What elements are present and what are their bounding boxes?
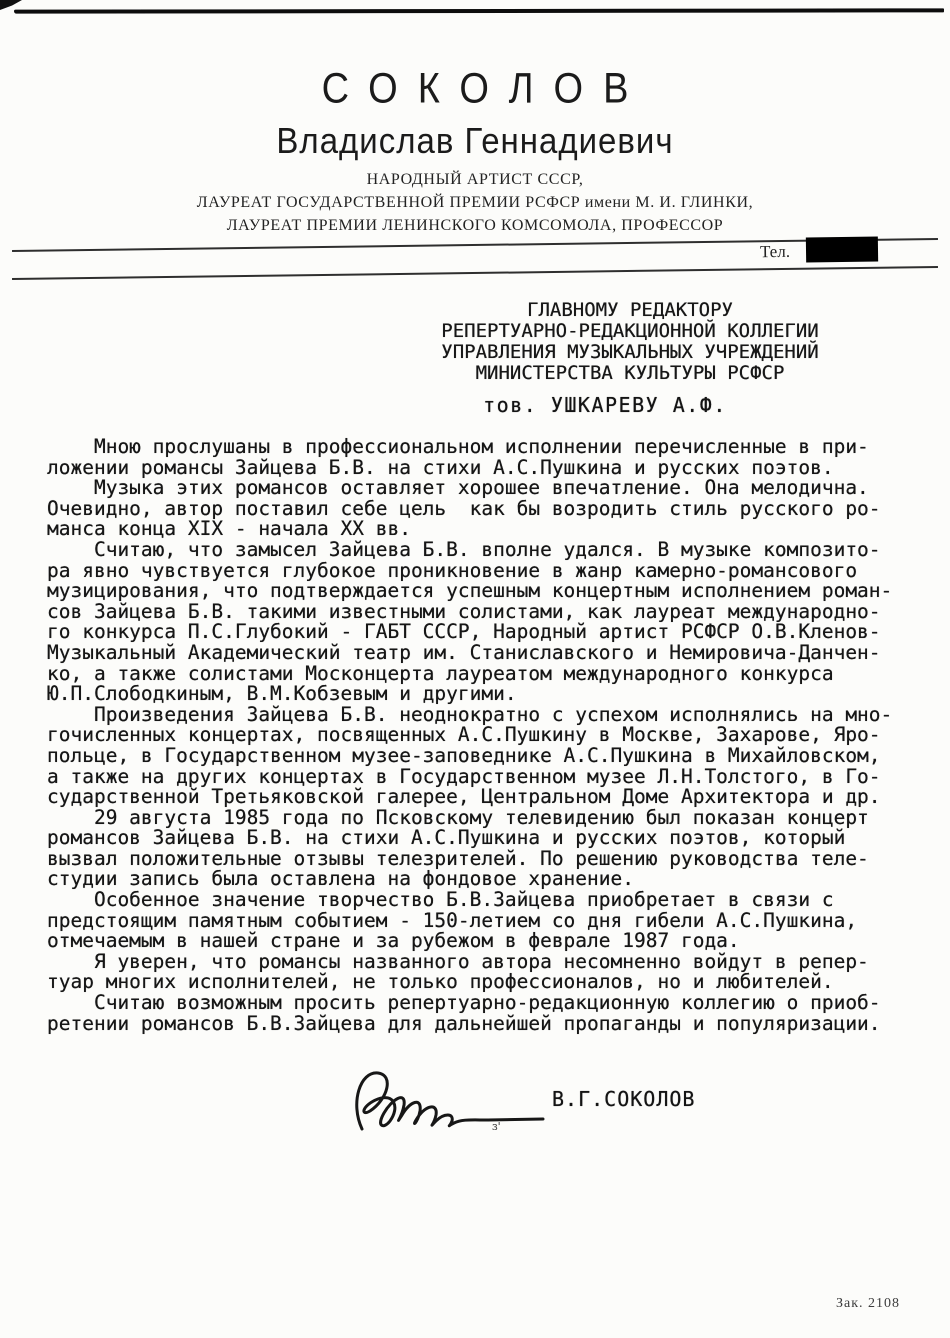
salutation: тов. УШКАРЕВУ А.Ф. [305,393,905,417]
letterhead-surname: СОКОЛОВ [0,65,950,113]
letter-body: Мною прослушаны в профессиональном испол… [47,437,939,1034]
addressee-line: РЕПЕРТУАРНО-РЕДАКЦИОННОЙ КОЛЛЕГИИ [330,321,930,342]
stray-pen-mark: ɜ' [492,1120,501,1133]
letterhead-title-line: НАРОДНЫЙ АРТИСТ СССР, [0,168,950,191]
letterhead-title-line: ЛАУРЕАТ ПРЕМИИ ЛЕНИНСКОГО КОМСОМОЛА, ПРО… [0,214,950,237]
addressee-line: УПРАВЛЕНИЯ МУЗЫКАЛЬНЫХ УЧРЕЖДЕНИЙ [330,342,930,363]
letterhead-title-line: ЛАУРЕАТ ГОСУДАРСТВЕННОЙ ПРЕМИИ РСФСР име… [0,191,950,214]
print-order-code: Зак. 2108 [836,1296,900,1312]
addressee-block: ГЛАВНОМУ РЕДАКТОРУРЕПЕРТУАРНО-РЕДАКЦИОНН… [330,300,930,384]
phone-label: Тел. [760,242,790,262]
letter-page: СОКОЛОВ Владислав Геннадиевич НАРОДНЫЙ А… [0,0,950,1338]
scan-edge-line [14,8,944,13]
paragraph: Считаю, что замысел Зайцева Б.В. вполне … [47,540,939,705]
phone-redaction-box [806,236,878,262]
letterhead-titles: НАРОДНЫЙ АРТИСТ СССР,ЛАУРЕАТ ГОСУДАРСТВЕ… [0,168,950,237]
addressee-line: МИНИСТЕРСТВА КУЛЬТУРЫ РСФСР [330,363,930,384]
signature-name: В.Г.СОКОЛОВ [552,1087,695,1111]
letterhead-rule-top [12,238,938,252]
paragraph: Считаю возможным просить репертуарно-ред… [47,993,939,1034]
paragraph: Произведения Зайцева Б.В. неоднократно с… [47,705,939,808]
paragraph: Я уверен, что романсы названного автора … [47,952,939,993]
letterhead-rule-bottom [12,266,938,280]
addressee-line: ГЛАВНОМУ РЕДАКТОРУ [330,300,930,321]
paragraph: Особенное значение творчество Б.В.Зайцев… [47,890,939,952]
paragraph: Мною прослушаны в профессиональном испол… [47,437,939,478]
scan-corner-mark [0,0,22,10]
paragraph: Музыка этих романсов оставляет хорошее в… [47,478,939,540]
letterhead-fullname: Владислав Геннадиевич [0,120,950,162]
paragraph: 29 августа 1985 года по Псковскому телев… [47,808,939,890]
